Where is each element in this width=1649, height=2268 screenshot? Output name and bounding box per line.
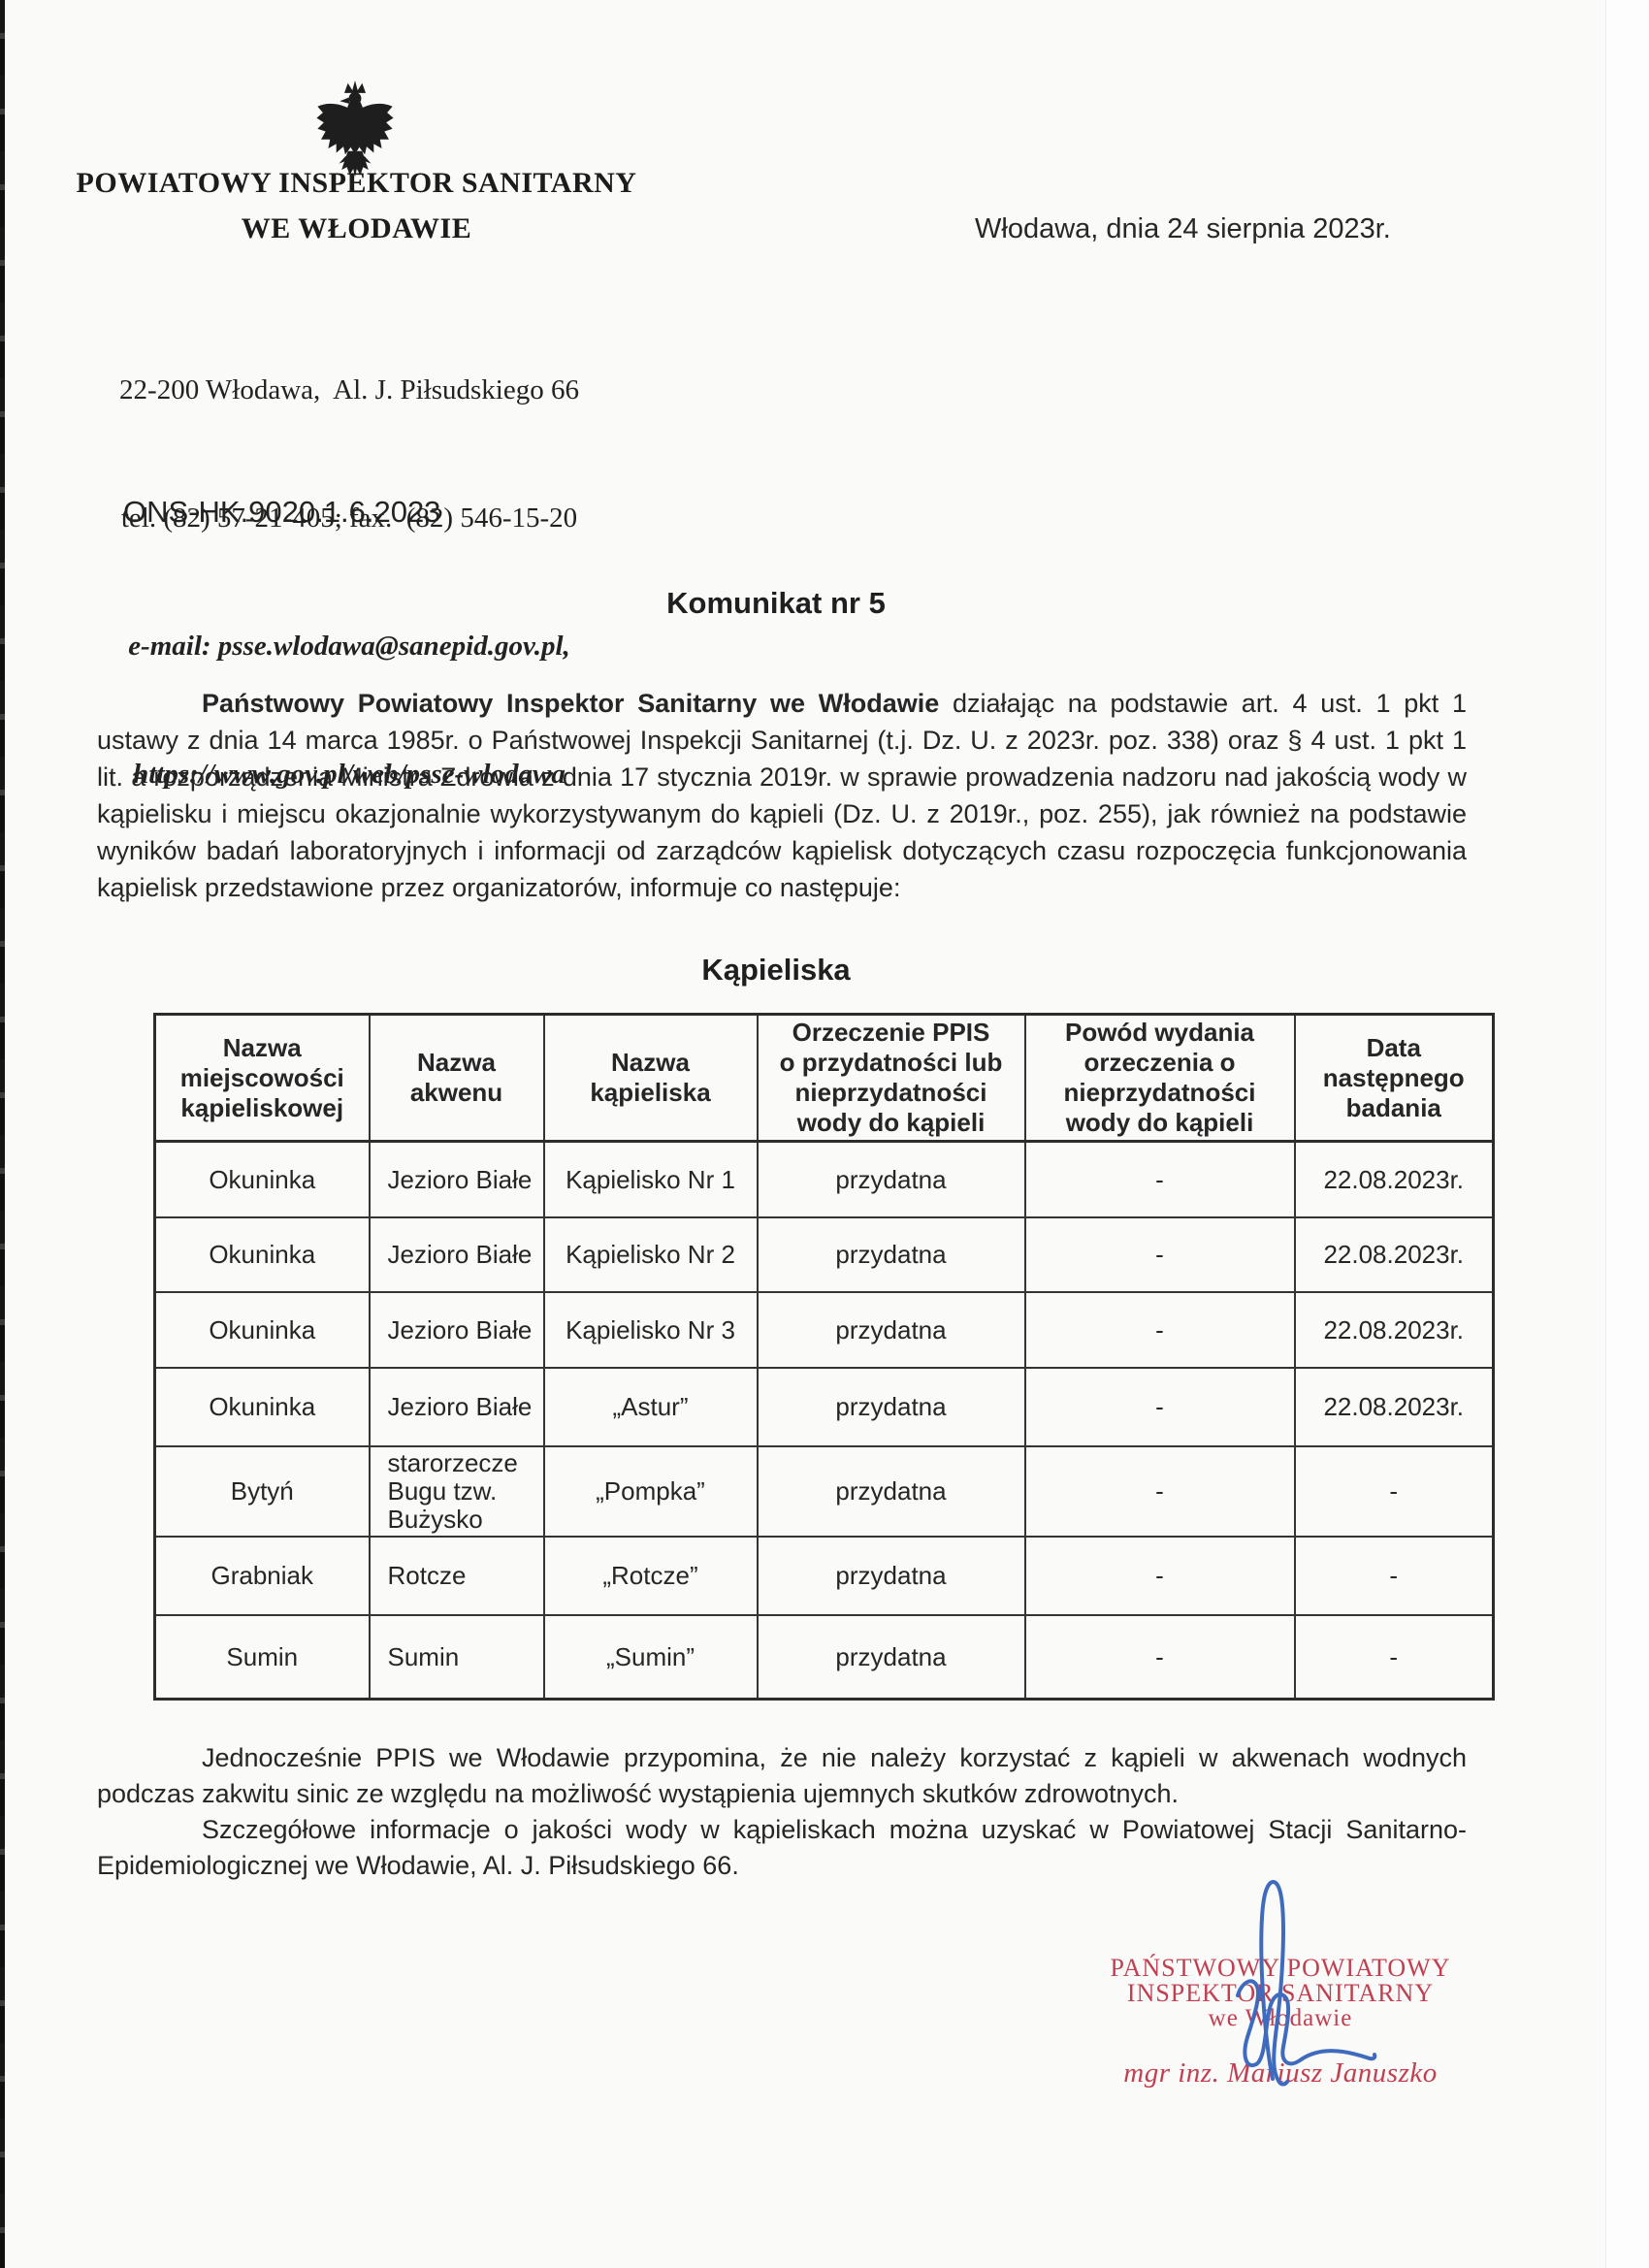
table-cell: Okuninka: [155, 1368, 370, 1446]
table-cell: przydatna: [758, 1537, 1025, 1615]
table-cell: Kąpielisko Nr 3: [544, 1292, 758, 1368]
org-location: WE WŁODAWIE: [44, 212, 669, 245]
table-row: OkuninkaJezioro Białe„Astur”przydatna-22…: [155, 1368, 1494, 1446]
table-cell: przydatna: [758, 1615, 1025, 1700]
address-line: 22-200 Włodawa, Al. J. Piłsudskiego 66: [39, 369, 660, 411]
table-header-row: Nazwa miejscowości kąpieliskowejNazwa ak…: [155, 1015, 1494, 1142]
table-cell: 22.08.2023r.: [1295, 1142, 1494, 1218]
table-cell: przydatna: [758, 1368, 1025, 1446]
table-cell: Grabniak: [155, 1537, 370, 1615]
table-row: OkuninkaJezioro BiałeKąpielisko Nr 2przy…: [155, 1217, 1494, 1292]
email-line: e-mail: psse.wlodawa@sanepid.gov.pl,: [39, 625, 660, 667]
table-header-cell: Orzeczenie PPIS o przydatności lub niepr…: [758, 1015, 1025, 1142]
bathing-sites-table: Nazwa miejscowości kąpieliskowejNazwa ak…: [153, 1013, 1495, 1701]
table-cell: „Rotcze”: [544, 1537, 758, 1615]
table-cell: -: [1025, 1537, 1295, 1615]
closing-section: Jednocześnie PPIS we Włodawie przypomina…: [97, 1740, 1467, 1884]
table-cell: 22.08.2023r.: [1295, 1368, 1494, 1446]
opening-paragraph: Państwowy Powiatowy Inspektor Sanitarny …: [97, 685, 1467, 906]
table-cell: „Sumin”: [544, 1615, 758, 1700]
table-cell: -: [1295, 1615, 1494, 1700]
opening-paragraph-rest: działając na podstawie art. 4 ust. 1 pkt…: [97, 689, 1467, 902]
table-cell: przydatna: [758, 1446, 1025, 1537]
table-cell: przydatna: [758, 1217, 1025, 1292]
table-cell: Jezioro Białe: [370, 1292, 544, 1368]
table-row: Bytyństarorzecze Bugu tzw. Bużysko„Pompk…: [155, 1446, 1494, 1537]
table-header-cell: Data następnego badania: [1295, 1015, 1494, 1142]
table-cell: -: [1025, 1217, 1295, 1292]
table-header-cell: Nazwa akwenu: [370, 1015, 544, 1142]
scanned-document-page: POWIATOWY INSPEKTOR SANITARNY WE WŁODAWI…: [0, 0, 1649, 2268]
table-cell: Jezioro Białe: [370, 1142, 544, 1218]
table-cell: Bytyń: [155, 1446, 370, 1537]
table-cell: -: [1025, 1446, 1295, 1537]
table-cell: „Pompka”: [544, 1446, 758, 1537]
table-cell: Sumin: [155, 1615, 370, 1700]
section-heading: Kąpieliska: [92, 953, 1460, 988]
table-cell: -: [1025, 1292, 1295, 1368]
table-cell: Okuninka: [155, 1292, 370, 1368]
table-header-cell: Powód wydania orzeczenia o nieprzydatnoś…: [1025, 1015, 1295, 1142]
table-cell: przydatna: [758, 1142, 1025, 1218]
table-body: OkuninkaJezioro BiałeKąpielisko Nr 1przy…: [155, 1142, 1494, 1700]
scan-right-margin: [1605, 0, 1649, 2268]
opening-paragraph-bold: Państwowy Powiatowy Inspektor Sanitarny …: [202, 689, 939, 718]
table-header-cell: Nazwa miejscowości kąpieliskowej: [155, 1015, 370, 1142]
table-cell: Rotcze: [370, 1537, 544, 1615]
table-cell: -: [1295, 1446, 1494, 1537]
table-row: GrabniakRotcze„Rotcze”przydatna--: [155, 1537, 1494, 1615]
table-header-cell: Nazwa kąpieliska: [544, 1015, 758, 1142]
table-cell: Jezioro Białe: [370, 1368, 544, 1446]
table-cell: -: [1295, 1537, 1494, 1615]
table-cell: -: [1025, 1368, 1295, 1446]
table-cell: 22.08.2023r.: [1295, 1217, 1494, 1292]
table-cell: Sumin: [370, 1615, 544, 1700]
table-cell: Okuninka: [155, 1142, 370, 1218]
table-row: OkuninkaJezioro BiałeKąpielisko Nr 1przy…: [155, 1142, 1494, 1218]
document-title: Komunikat nr 5: [92, 586, 1460, 621]
document-date: Włodawa, dnia 24 sierpnia 2023r.: [975, 213, 1460, 245]
table-cell: 22.08.2023r.: [1295, 1292, 1494, 1368]
table-row: OkuninkaJezioro BiałeKąpielisko Nr 3przy…: [155, 1292, 1494, 1368]
scan-edge-left: [0, 0, 5, 2268]
reference-number: ONS-HK.9020.1.6.2023: [123, 495, 440, 530]
table-cell: przydatna: [758, 1292, 1025, 1368]
table-cell: Okuninka: [155, 1217, 370, 1292]
table-cell: starorzecze Bugu tzw. Bużysko: [370, 1446, 544, 1537]
letterhead: POWIATOWY INSPEKTOR SANITARNY WE WŁODAWI…: [44, 167, 669, 245]
closing-paragraph-1: Jednocześnie PPIS we Włodawie przypomina…: [97, 1740, 1467, 1812]
table-cell: „Astur”: [544, 1368, 758, 1446]
table-row: SuminSumin„Sumin”przydatna--: [155, 1615, 1494, 1700]
table-cell: Kąpielisko Nr 2: [544, 1217, 758, 1292]
table-cell: -: [1025, 1142, 1295, 1218]
table-cell: -: [1025, 1615, 1295, 1700]
table-cell: Jezioro Białe: [370, 1217, 544, 1292]
handwritten-signature: [1203, 1867, 1416, 2100]
org-name: POWIATOWY INSPEKTOR SANITARNY: [44, 167, 669, 200]
table-cell: Kąpielisko Nr 1: [544, 1142, 758, 1218]
